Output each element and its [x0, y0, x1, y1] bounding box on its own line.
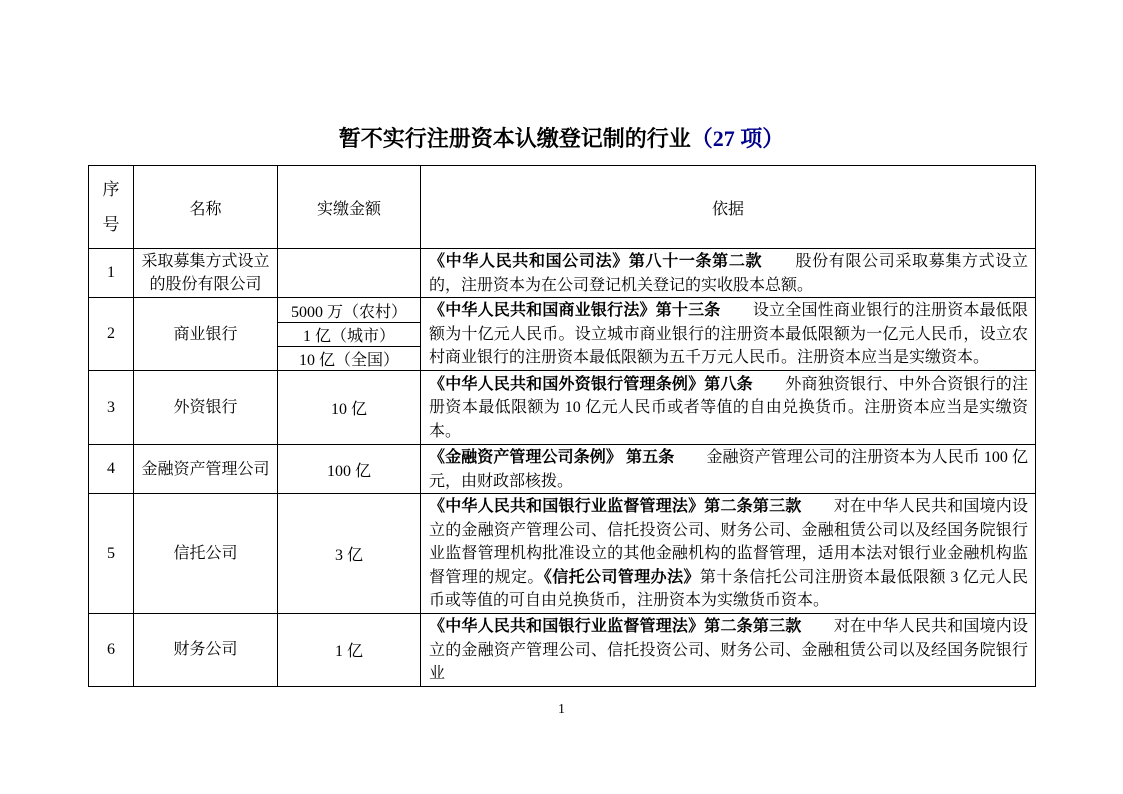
row-serial-number: 5 [89, 494, 134, 614]
industry-name: 信托公司 [134, 494, 278, 614]
law-citation: 《中华人民共和国外资银行管理条例》第八条 [429, 376, 753, 393]
table-row: 6财务公司1 亿《中华人民共和国银行业监督管理法》第二条第三款 对在中华人民共和… [89, 614, 1036, 687]
header-name: 名称 [134, 166, 278, 249]
law-citation: 《中华人民共和国银行业监督管理法》第二条第三款 [429, 618, 801, 635]
table-row: 4金融资产管理公司100 亿《金融资产管理公司条例》 第五条 金融资产管理公司的… [89, 445, 1036, 494]
amount-value: 5000 万（农村） [278, 299, 420, 322]
law-citation: 《金融资产管理公司条例》 第五条 [429, 449, 674, 466]
paid-in-amount-cell: 3 亿 [278, 494, 421, 614]
industries-table: 序号 名称 实缴金额 依据 1采取募集方式设立的股份有限公司《中华人民共和国公司… [88, 165, 1036, 687]
paid-in-amount-cell: 1 亿 [278, 614, 421, 687]
amount-value: 10 亿（全国） [278, 346, 420, 370]
table-row: 2商业银行5000 万（农村）1 亿（城市）10 亿（全国）《中华人民共和国商业… [89, 298, 1036, 371]
amount-value: 1 亿 [278, 638, 420, 661]
page-title: 暂不实行注册资本认缴登记制的行业（27 项） [0, 124, 1123, 154]
title-count: （27 项） [691, 126, 785, 151]
table-row: 5信托公司3 亿《中华人民共和国银行业监督管理法》第二条第三款 对在中华人民共和… [89, 494, 1036, 614]
row-serial-number: 6 [89, 614, 134, 687]
row-serial-number: 1 [89, 249, 134, 298]
law-citation: 《中华人民共和国商业银行法》第十三条 [429, 302, 721, 319]
industry-name: 金融资产管理公司 [134, 445, 278, 494]
amount-value: 1 亿（城市） [278, 322, 420, 346]
row-serial-number: 4 [89, 445, 134, 494]
paid-in-amount-cell [278, 249, 421, 298]
legal-basis-cell: 《金融资产管理公司条例》 第五条 金融资产管理公司的注册资本为人民币 100 亿… [421, 445, 1036, 494]
header-serial-number: 序号 [89, 166, 134, 249]
header-paid-in-amount: 实缴金额 [278, 166, 421, 249]
amount-value: 10 亿 [278, 396, 420, 419]
paid-in-amount-cell: 100 亿 [278, 445, 421, 494]
legal-basis-cell: 《中华人民共和国公司法》第八十一条第二款 股份有限公司采取募集方式设立的，注册资… [421, 249, 1036, 298]
amount-value: 100 亿 [278, 458, 420, 481]
title-main: 暂不实行注册资本认缴登记制的行业 [339, 126, 691, 151]
row-serial-number: 3 [89, 371, 134, 445]
legal-basis-cell: 《中华人民共和国外资银行管理条例》第八条 外商独资银行、中外合资银行的注册资本最… [421, 371, 1036, 445]
table-row: 1采取募集方式设立的股份有限公司《中华人民共和国公司法》第八十一条第二款 股份有… [89, 249, 1036, 298]
amount-value: 3 亿 [278, 542, 420, 565]
row-serial-number: 2 [89, 298, 134, 371]
industry-name: 采取募集方式设立的股份有限公司 [134, 249, 278, 298]
law-citation: 《中华人民共和国公司法》第八十一条第二款 [429, 253, 762, 270]
law-citation: 《信托公司管理办法》 [544, 569, 700, 586]
industry-name: 外资银行 [134, 371, 278, 445]
paid-in-amount-cell: 5000 万（农村）1 亿（城市）10 亿（全国） [278, 298, 421, 371]
law-citation: 《中华人民共和国银行业监督管理法》第二条第三款 [429, 498, 801, 515]
paid-in-amount-cell: 10 亿 [278, 371, 421, 445]
legal-basis-cell: 《中华人民共和国商业银行法》第十三条 设立全国性商业银行的注册资本最低限额为十亿… [421, 298, 1036, 371]
industry-name: 财务公司 [134, 614, 278, 687]
table-row: 3外资银行10 亿《中华人民共和国外资银行管理条例》第八条 外商独资银行、中外合… [89, 371, 1036, 445]
document-page: 暂不实行注册资本认缴登记制的行业（27 项） 序号 名称 实缴金额 依据 1采取… [0, 0, 1123, 794]
page-number: 1 [0, 702, 1123, 718]
legal-basis-cell: 《中华人民共和国银行业监督管理法》第二条第三款 对在中华人民共和国境内设立的金融… [421, 614, 1036, 687]
table-header-row: 序号 名称 实缴金额 依据 [89, 166, 1036, 249]
header-legal-basis: 依据 [421, 166, 1036, 249]
legal-basis-cell: 《中华人民共和国银行业监督管理法》第二条第三款 对在中华人民共和国境内设立的金融… [421, 494, 1036, 614]
industry-name: 商业银行 [134, 298, 278, 371]
